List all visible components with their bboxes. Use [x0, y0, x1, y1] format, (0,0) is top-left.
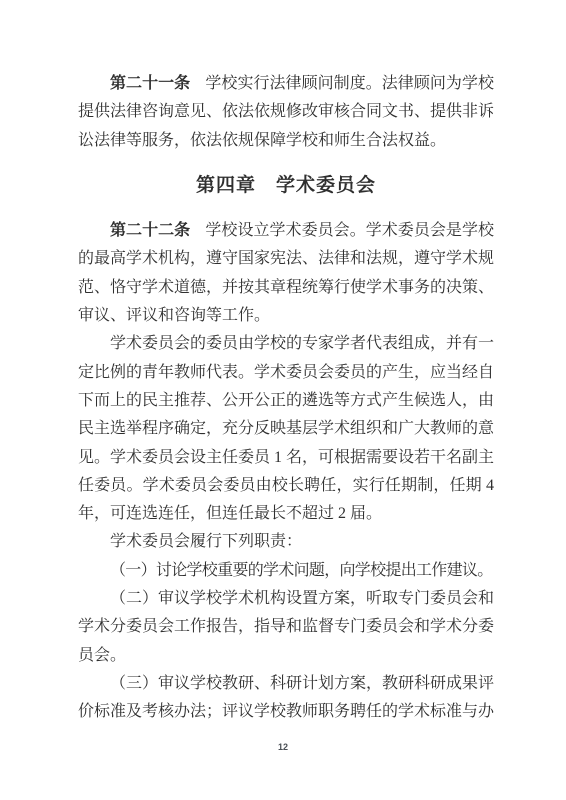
- article-paragraph: 第二十二条学校设立学术委员会。学术委员会是学校的最高学术机构，遵守国家宪法、法律…: [78, 217, 494, 330]
- page-number: 12: [0, 742, 566, 752]
- article-number: 第二十二条: [110, 222, 190, 239]
- document-page: 第二十一条学校实行法律顾问制度。法律顾问为学校提供法律咨询意见、依法依规修改审核…: [0, 0, 566, 800]
- article-number: 第二十一条: [110, 75, 190, 92]
- body-paragraph: （三）审议学校教研、科研计划方案，教研科研成果评价标准及考核办法；评议学校教师职…: [78, 670, 494, 727]
- body-paragraph: 学术委员会的委员由学校的专家学者代表组成，并有一定比例的青年教师代表。学术委员会…: [78, 330, 494, 528]
- chapter-heading: 第四章 学术委员会: [78, 172, 494, 200]
- body-paragraph: 学术委员会履行下列职责：: [78, 528, 494, 556]
- document-body: 第二十一条学校实行法律顾问制度。法律顾问为学校提供法律咨询意见、依法依规修改审核…: [78, 70, 494, 727]
- article-paragraph: 第二十一条学校实行法律顾问制度。法律顾问为学校提供法律咨询意见、依法依规修改审核…: [78, 70, 494, 155]
- body-paragraph: （一）讨论学校重要的学术问题，向学校提出工作建议。: [78, 557, 494, 585]
- body-paragraph: （二）审议学校学术机构设置方案，听取专门委员会和学术分委员会工作报告，指导和监督…: [78, 585, 494, 670]
